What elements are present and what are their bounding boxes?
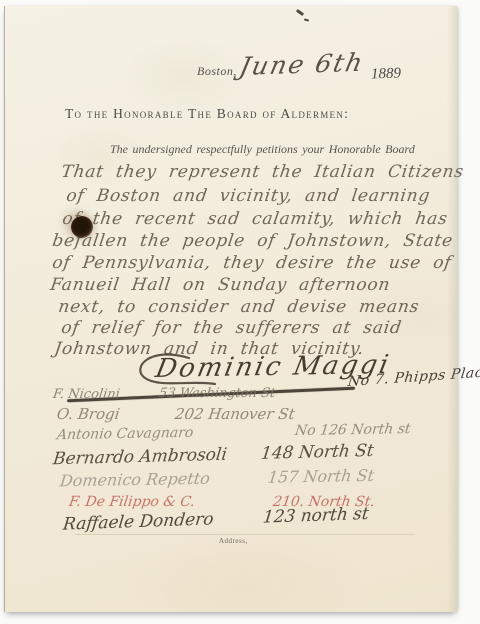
signature-name: Raffaele Dondero [62, 509, 215, 534]
location-label: Boston, [197, 64, 237, 79]
signature-address: No 126 North st [294, 421, 412, 439]
scanned-petition-document: { "document": { "location_label": "Bosto… [0, 0, 480, 624]
signature-address: 157 North St [267, 466, 375, 487]
paper-sheet: Boston, June 6th 1889 To the Honorable T… [4, 6, 457, 612]
signature-name: Antonio Cavagnaro [56, 425, 194, 443]
body-line: That they represent the Italian Citizens [60, 162, 465, 182]
body-line: befallen the people of Johnstown, State [51, 231, 454, 251]
signature-name: F. De Filippo & C. [68, 494, 196, 510]
signature-name: F. Nicolini [52, 387, 121, 402]
year-label: 1889 [371, 65, 402, 83]
signature-address: 202 Hanover St [174, 405, 296, 423]
address-form-label: Address, [219, 537, 248, 545]
signature-row: Raffaele Dondero 123 north st [63, 509, 214, 534]
signature-row: Antonio Cavagnaro No 126 North st [57, 425, 194, 444]
signature-row: Bernardo Ambrosoli 148 North St [53, 445, 227, 470]
signature-address: 123 north st [262, 504, 370, 528]
signature-row: Domenico Repetto 157 North St [60, 469, 210, 492]
signature-address: 148 North St [260, 441, 375, 464]
handwritten-date: June 6th [237, 48, 367, 81]
signature-row: F. Nicolini 53 Washington St [53, 386, 120, 402]
ink-blot [71, 216, 93, 238]
signature-row-red-ink: F. De Filippo & C. 210. North St. [69, 494, 195, 511]
signature-name: Bernardo Ambrosoli [52, 445, 228, 470]
signature-name: Domenico Repetto [59, 469, 211, 491]
body-line: of relief for the sufferers at said [60, 318, 403, 338]
body-line: next, to consider and devise means [57, 297, 421, 317]
body-line: of Pennsylvania, they desire the use of [51, 253, 453, 273]
body-line: of Boston and vicinity, and learning [65, 186, 431, 206]
signature-row: O. Brogi 202 Hanover St [57, 405, 120, 424]
document-heading: To the Honorable The Board of Aldermen: [65, 106, 349, 122]
signature-name: O. Brogi [56, 405, 121, 423]
form-rule-line [75, 534, 415, 535]
signature-address: 53 Washington St [158, 386, 276, 401]
petition-intro-line: The undersigned respectfully petitions y… [110, 142, 415, 157]
ink-speck [296, 9, 304, 16]
body-line: of the recent sad calamity, which has [61, 209, 449, 229]
body-line: Fanueil Hall on Sunday afternoon [49, 275, 392, 295]
ink-speck [304, 18, 309, 21]
